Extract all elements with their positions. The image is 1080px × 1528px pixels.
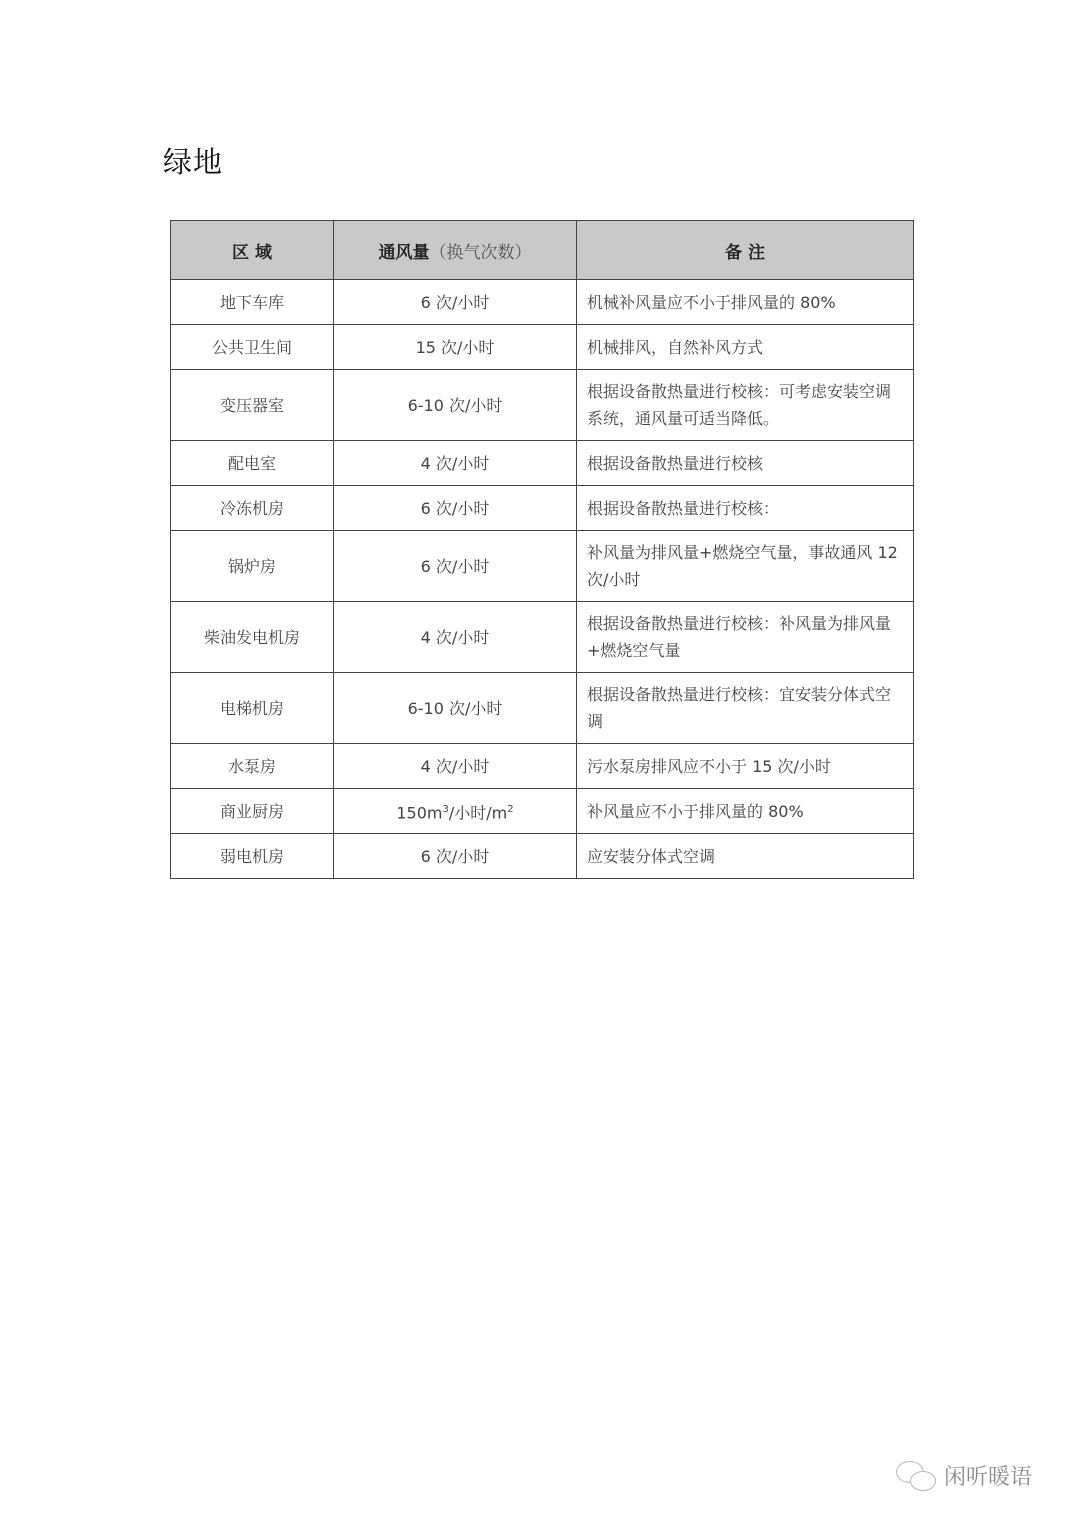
cell-note: 机械排风，自然补风方式	[577, 325, 914, 370]
cell-note: 补风量应不小于排风量的 80%	[577, 789, 914, 834]
cell-area: 冷冻机房	[171, 486, 334, 531]
cell-rate: 4 次/小时	[334, 441, 577, 486]
cell-note: 污水泵房排风应不小于 15 次/小时	[577, 744, 914, 789]
cell-area: 柴油发电机房	[171, 602, 334, 673]
header-rate: 通风量（换气次数）	[334, 221, 577, 280]
cell-area: 水泵房	[171, 744, 334, 789]
cell-note: 应安装分体式空调	[577, 834, 914, 879]
section-title: 绿地	[163, 140, 223, 181]
cell-rate: 6-10 次/小时	[334, 673, 577, 744]
table-row: 柴油发电机房 4 次/小时 根据设备散热量进行校核：补风量为排风量+燃烧空气量	[171, 602, 914, 673]
cell-area: 变压器室	[171, 370, 334, 441]
table-row: 锅炉房 6 次/小时 补风量为排风量+燃烧空气量，事故通风 12 次/小时	[171, 531, 914, 602]
cell-note: 根据设备散热量进行校核：	[577, 486, 914, 531]
table-row: 变压器室 6-10 次/小时 根据设备散热量进行校核：可考虑安装空调系统，通风量…	[171, 370, 914, 441]
cell-rate: 6 次/小时	[334, 531, 577, 602]
cell-note: 机械补风量应不小于排风量的 80%	[577, 280, 914, 325]
cell-rate: 4 次/小时	[334, 602, 577, 673]
table-row: 配电室 4 次/小时 根据设备散热量进行校核	[171, 441, 914, 486]
cell-area: 电梯机房	[171, 673, 334, 744]
cell-note: 根据设备散热量进行校核：宜安装分体式空调	[577, 673, 914, 744]
cell-note: 根据设备散热量进行校核：可考虑安装空调系统，通风量可适当降低。	[577, 370, 914, 441]
cell-rate: 6-10 次/小时	[334, 370, 577, 441]
wechat-icon	[896, 1461, 936, 1491]
cell-area: 弱电机房	[171, 834, 334, 879]
cell-rate: 15 次/小时	[334, 325, 577, 370]
header-note: 备 注	[577, 221, 914, 280]
cell-rate: 6 次/小时	[334, 280, 577, 325]
cell-area: 地下车库	[171, 280, 334, 325]
cell-note: 根据设备散热量进行校核	[577, 441, 914, 486]
cell-area: 配电室	[171, 441, 334, 486]
cell-rate: 4 次/小时	[334, 744, 577, 789]
header-area: 区 域	[171, 221, 334, 280]
cell-area: 商业厨房	[171, 789, 334, 834]
rate-text: 150m	[396, 803, 442, 822]
watermark: 闲听暖语	[896, 1460, 1032, 1491]
ventilation-table: 区 域 通风量（换气次数） 备 注 地下车库 6 次/小时 机械补风量应不小于排…	[170, 220, 914, 879]
cell-rate: 150m3/小时/m2	[334, 789, 577, 834]
cell-note: 根据设备散热量进行校核：补风量为排风量+燃烧空气量	[577, 602, 914, 673]
table-row: 公共卫生间 15 次/小时 机械排风，自然补风方式	[171, 325, 914, 370]
superscript: 2	[507, 804, 513, 815]
table-header-row: 区 域 通风量（换气次数） 备 注	[171, 221, 914, 280]
header-rate-bold: 通风量	[379, 243, 430, 263]
table-row: 电梯机房 6-10 次/小时 根据设备散热量进行校核：宜安装分体式空调	[171, 673, 914, 744]
cell-rate: 6 次/小时	[334, 486, 577, 531]
table-row: 冷冻机房 6 次/小时 根据设备散热量进行校核：	[171, 486, 914, 531]
cell-rate: 6 次/小时	[334, 834, 577, 879]
table-row: 商业厨房 150m3/小时/m2 补风量应不小于排风量的 80%	[171, 789, 914, 834]
table-row: 弱电机房 6 次/小时 应安装分体式空调	[171, 834, 914, 879]
rate-text: /小时/m	[449, 803, 507, 822]
table-row: 水泵房 4 次/小时 污水泵房排风应不小于 15 次/小时	[171, 744, 914, 789]
cell-note: 补风量为排风量+燃烧空气量，事故通风 12 次/小时	[577, 531, 914, 602]
header-rate-light: （换气次数）	[430, 243, 532, 263]
watermark-text: 闲听暖语	[944, 1460, 1032, 1491]
cell-area: 锅炉房	[171, 531, 334, 602]
cell-area: 公共卫生间	[171, 325, 334, 370]
table-row: 地下车库 6 次/小时 机械补风量应不小于排风量的 80%	[171, 280, 914, 325]
